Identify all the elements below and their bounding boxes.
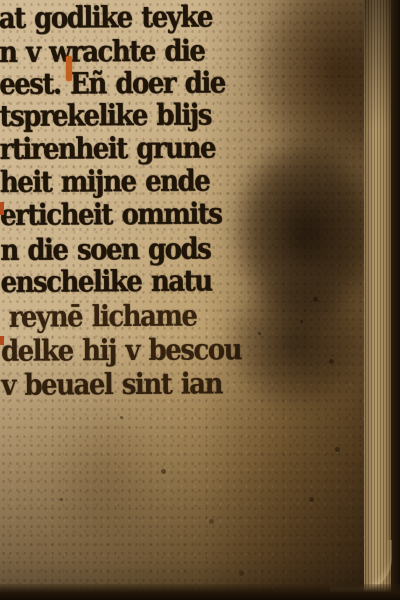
text-line-4: tsprekelike blijs xyxy=(0,99,211,134)
text-line-8: n die soen gods xyxy=(0,233,210,268)
text-line-1: at godlike teyke xyxy=(0,1,212,36)
page-bottom-edge xyxy=(0,584,400,600)
text-line-2: n v wrachte die xyxy=(0,35,205,70)
text-line-5: rtirenheit grune xyxy=(0,132,215,167)
text-line-3: eest. Eñ doer die xyxy=(0,67,225,102)
photo-right-dark-edge xyxy=(391,0,400,600)
text-line-9: enschelike natu xyxy=(0,265,211,300)
text-line-7: erticheit ommits xyxy=(0,198,221,233)
fore-edge-top-shadow xyxy=(364,0,392,130)
manuscript-text-block: at godlike teyke n v wrachte die eest. E… xyxy=(0,0,321,411)
manuscript-photo: at godlike teyke n v wrachte die eest. E… xyxy=(0,0,400,600)
text-line-11: delke hij v bescou xyxy=(1,333,241,368)
text-line-6: heit mijne ende xyxy=(0,165,209,200)
text-line-12: v beuael sint ian xyxy=(1,368,222,403)
text-line-10: reynē lichame xyxy=(9,300,197,335)
